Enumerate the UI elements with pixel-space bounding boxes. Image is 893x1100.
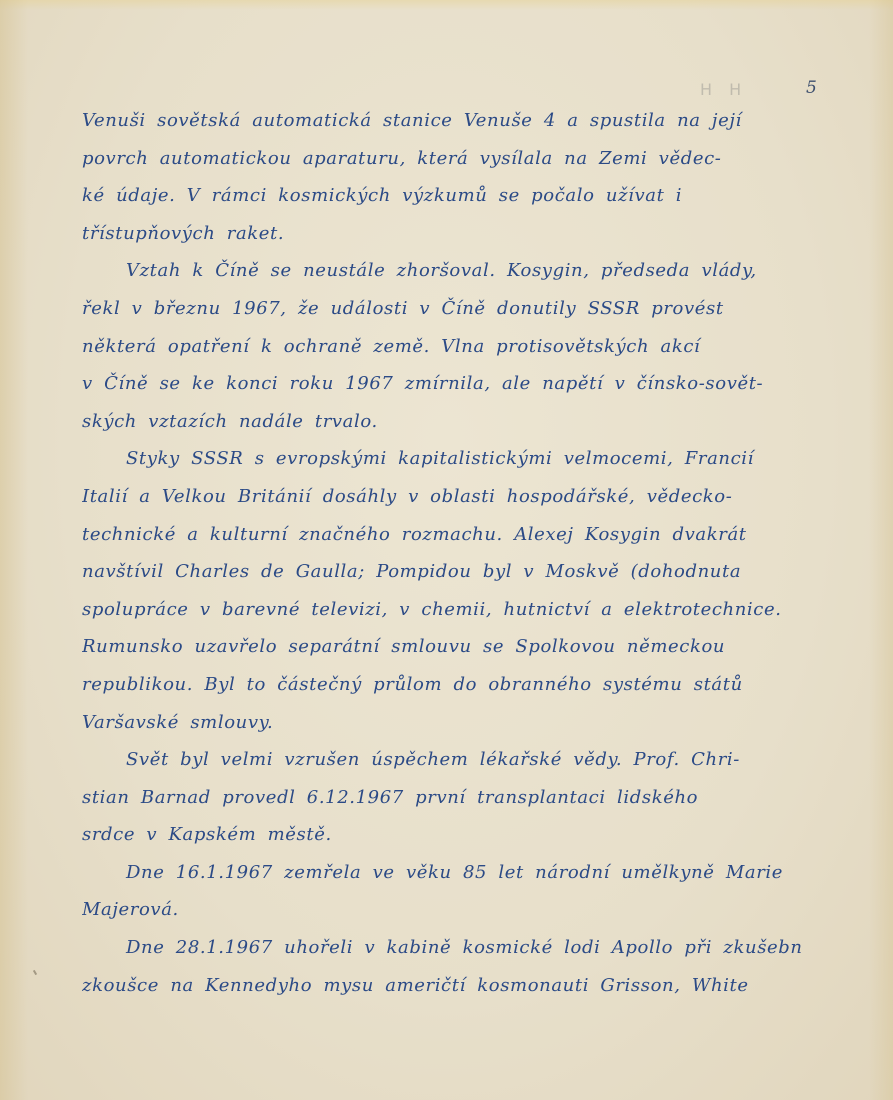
page-number: 5 [806, 78, 817, 98]
text-line: třístupňových raket. [82, 215, 802, 253]
text-line: Varšavské smlouvy. [82, 704, 802, 742]
text-line: povrch automatickou aparaturu, která vys… [82, 140, 802, 178]
text-line: srdce v Kapském městě. [82, 816, 802, 854]
pencil-annotation: H H [700, 80, 747, 99]
text-line: ké údaje. V rámci kosmických výzkumů se … [82, 177, 802, 215]
text-line: navštívil Charles de Gaulla; Pompidou by… [82, 553, 802, 591]
text-line: spolupráce v barevné televizi, v chemii,… [82, 591, 802, 629]
text-line: Venuši sovětská automatická stanice Venu… [82, 102, 802, 140]
text-line: některá opatření k ochraně země. Vlna pr… [82, 328, 802, 366]
text-line: technické a kulturní značného rozmachu. … [82, 516, 802, 554]
paragraph-start-line: Vztah k Číně se neustále zhoršoval. Kosy… [82, 252, 802, 290]
handwritten-chronicle-page: H H 5 Venuši sovětská automatická stanic… [0, 0, 893, 1100]
handwritten-text-body: Venuši sovětská automatická stanice Venu… [82, 102, 802, 1004]
text-line: v Číně se ke konci roku 1967 zmírnila, a… [82, 365, 802, 403]
paragraph-start-line: Svět byl velmi vzrušen úspěchem lékařské… [82, 741, 802, 779]
paragraph-start-line: Styky SSSR s evropskými kapitalistickými… [82, 440, 802, 478]
text-line: stian Barnad provedl 6.12.1967 první tra… [82, 779, 802, 817]
text-line: ských vztazích nadále trvalo. [82, 403, 802, 441]
text-line: Rumunsko uzavřelo separátní smlouvu se S… [82, 628, 802, 666]
text-line: zkoušce na Kennedyho mysu američtí kosmo… [82, 967, 802, 1005]
text-line: Italií a Velkou Británií dosáhly v oblas… [82, 478, 802, 516]
text-line: republikou. Byl to částečný průlom do ob… [82, 666, 802, 704]
text-line: řekl v březnu 1967, že události v Číně d… [82, 290, 802, 328]
margin-speck [33, 970, 37, 975]
text-line: Majerová. [82, 891, 802, 929]
paragraph-start-line: Dne 16.1.1967 zemřela ve věku 85 let nár… [82, 854, 802, 892]
paragraph-start-line: Dne 28.1.1967 uhořeli v kabině kosmické … [82, 929, 802, 967]
